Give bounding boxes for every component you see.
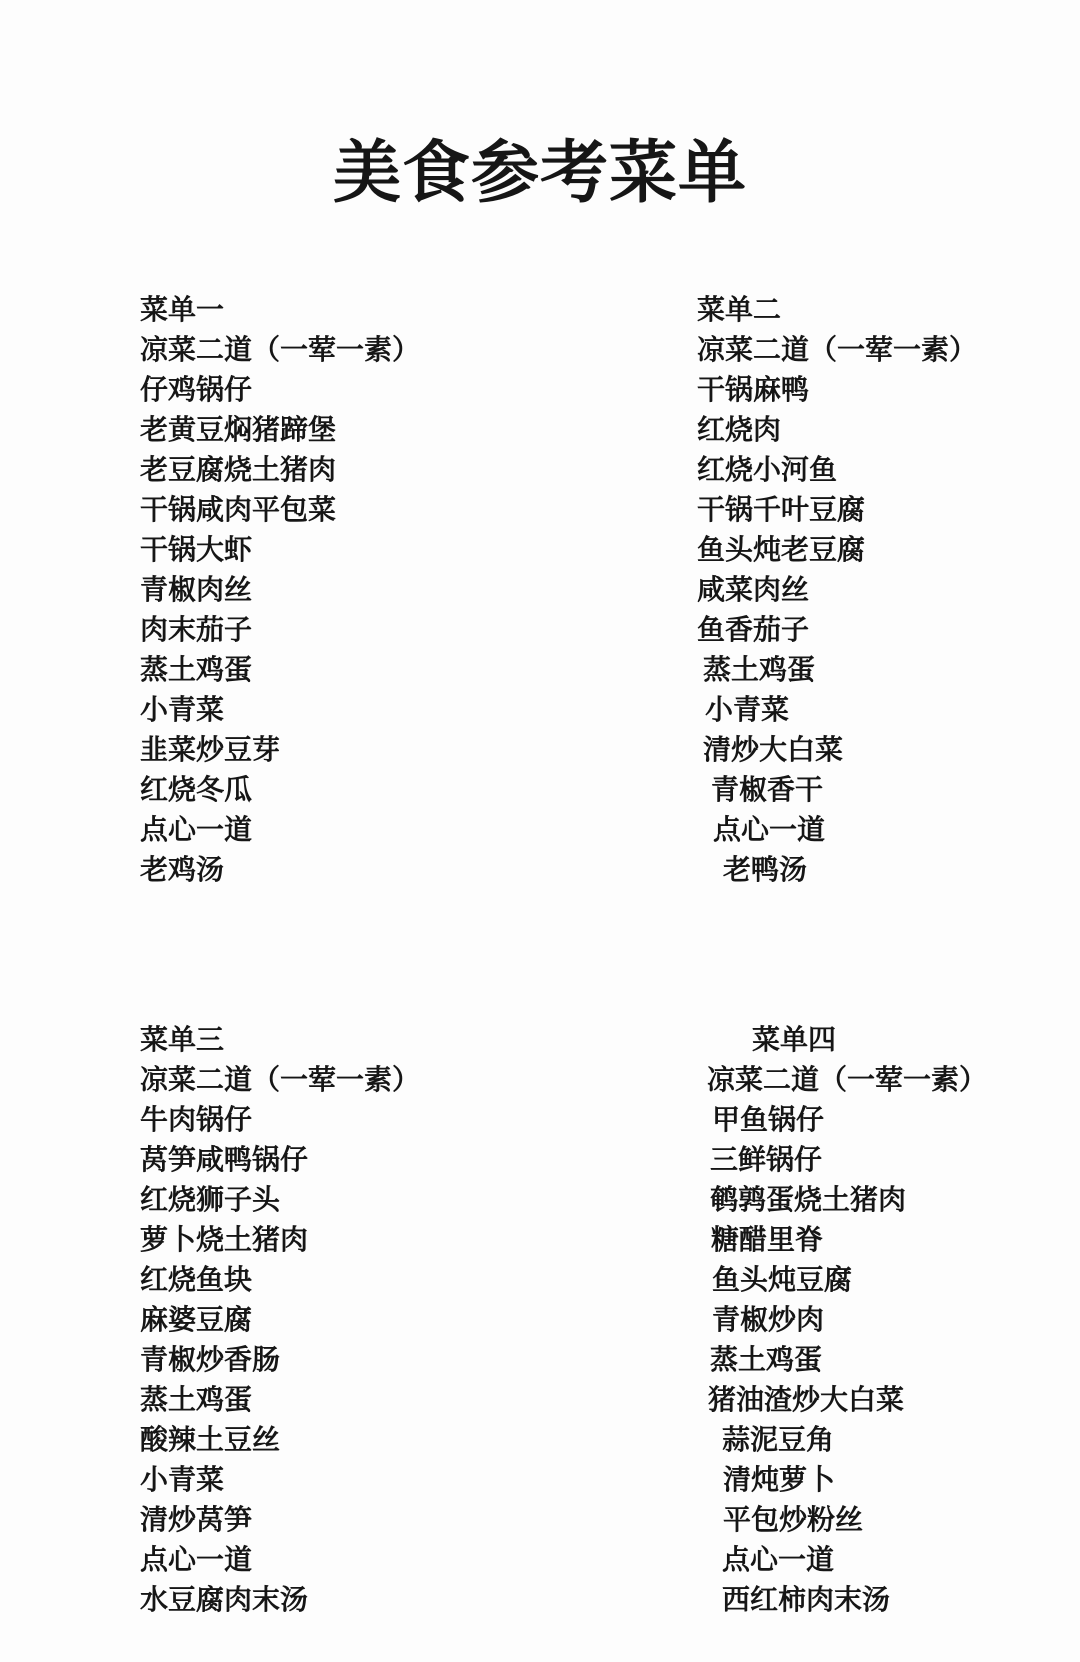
menu-item: 干锅大虾	[140, 530, 420, 570]
menu-title: 菜单二	[697, 290, 977, 330]
menu-item: 猪油渣炒大白菜	[707, 1380, 987, 1420]
menu-item: 甲鱼锅仔	[707, 1100, 987, 1140]
menu-section-3: 菜单三 凉菜二道（一荤一素）牛肉锅仔莴笋咸鸭锅仔红烧狮子头萝卜烧土猪肉红烧鱼块麻…	[140, 1020, 420, 1620]
menu-item: 凉菜二道（一荤一素）	[140, 330, 420, 370]
menu-items: 凉菜二道（一荤一素）牛肉锅仔莴笋咸鸭锅仔红烧狮子头萝卜烧土猪肉红烧鱼块麻婆豆腐青…	[140, 1060, 420, 1620]
menu-item: 蒸土鸡蛋	[697, 650, 977, 690]
menu-item: 青椒炒香肠	[140, 1340, 420, 1380]
menu-section-4: 菜单四 凉菜二道（一荤一素）甲鱼锅仔三鲜锅仔鹌鹑蛋烧土猪肉糖醋里脊鱼头炖豆腐青椒…	[707, 1020, 987, 1620]
menu-item: 牛肉锅仔	[140, 1100, 420, 1140]
menu-item: 点心一道	[697, 810, 977, 850]
menu-item: 小青菜	[697, 690, 977, 730]
menu-item: 糖醋里脊	[707, 1220, 987, 1260]
menu-title: 菜单四	[707, 1020, 987, 1060]
menu-item: 红烧肉	[697, 410, 977, 450]
menu-item: 青椒炒肉	[707, 1300, 987, 1340]
menu-items: 凉菜二道（一荤一素）甲鱼锅仔三鲜锅仔鹌鹑蛋烧土猪肉糖醋里脊鱼头炖豆腐青椒炒肉蒸土…	[707, 1060, 987, 1620]
menu-item: 凉菜二道（一荤一素）	[697, 330, 977, 370]
menu-title: 菜单三	[140, 1020, 420, 1060]
menu-item: 小青菜	[140, 690, 420, 730]
menu-item: 青椒肉丝	[140, 570, 420, 610]
menu-item: 麻婆豆腐	[140, 1300, 420, 1340]
menu-item: 清炒大白菜	[697, 730, 977, 770]
menu-item: 点心一道	[140, 810, 420, 850]
menu-item: 蒸土鸡蛋	[140, 1380, 420, 1420]
menu-items: 凉菜二道（一荤一素）干锅麻鸭红烧肉红烧小河鱼干锅千叶豆腐鱼头炖老豆腐咸菜肉丝鱼香…	[697, 330, 977, 890]
menu-item: 干锅麻鸭	[697, 370, 977, 410]
menu-item: 老豆腐烧土猪肉	[140, 450, 420, 490]
menu-item: 干锅咸肉平包菜	[140, 490, 420, 530]
menu-item: 蒸土鸡蛋	[707, 1340, 987, 1380]
menu-item: 咸菜肉丝	[697, 570, 977, 610]
menu-item: 鱼头炖老豆腐	[697, 530, 977, 570]
menu-item: 仔鸡锅仔	[140, 370, 420, 410]
menu-section-1: 菜单一 凉菜二道（一荤一素）仔鸡锅仔老黄豆焖猪蹄堡老豆腐烧土猪肉干锅咸肉平包菜干…	[140, 290, 420, 890]
menu-items: 凉菜二道（一荤一素）仔鸡锅仔老黄豆焖猪蹄堡老豆腐烧土猪肉干锅咸肉平包菜干锅大虾青…	[140, 330, 420, 890]
menu-item: 青椒香干	[697, 770, 977, 810]
menu-item: 小青菜	[140, 1460, 420, 1500]
menu-item: 平包炒粉丝	[707, 1500, 987, 1540]
menu-item: 韭菜炒豆芽	[140, 730, 420, 770]
menu-item: 老鸡汤	[140, 850, 420, 890]
menu-item: 莴笋咸鸭锅仔	[140, 1140, 420, 1180]
menu-item: 西红柿肉末汤	[707, 1580, 987, 1620]
menu-item: 鹌鹑蛋烧土猪肉	[707, 1180, 987, 1220]
menu-item: 酸辣土豆丝	[140, 1420, 420, 1460]
menu-item: 点心一道	[707, 1540, 987, 1580]
menu-item: 蒸土鸡蛋	[140, 650, 420, 690]
menu-item: 红烧狮子头	[140, 1180, 420, 1220]
menu-item: 水豆腐肉末汤	[140, 1580, 420, 1620]
menu-item: 清炖萝卜	[707, 1460, 987, 1500]
page-title: 美食参考菜单	[0, 136, 1080, 211]
menu-section-2: 菜单二 凉菜二道（一荤一素）干锅麻鸭红烧肉红烧小河鱼干锅千叶豆腐鱼头炖老豆腐咸菜…	[697, 290, 977, 890]
menu-item: 老黄豆焖猪蹄堡	[140, 410, 420, 450]
menu-item: 鱼香茄子	[697, 610, 977, 650]
menu-item: 萝卜烧土猪肉	[140, 1220, 420, 1260]
menu-item: 红烧鱼块	[140, 1260, 420, 1300]
menu-item: 清炒莴笋	[140, 1500, 420, 1540]
menu-title: 菜单一	[140, 290, 420, 330]
menu-item: 凉菜二道（一荤一素）	[140, 1060, 420, 1100]
menu-item: 老鸭汤	[697, 850, 977, 890]
menu-item: 凉菜二道（一荤一素）	[707, 1060, 987, 1100]
menu-item: 肉末茄子	[140, 610, 420, 650]
menu-item: 点心一道	[140, 1540, 420, 1580]
menu-item: 三鲜锅仔	[707, 1140, 987, 1180]
menu-item: 干锅千叶豆腐	[697, 490, 977, 530]
menu-item: 红烧小河鱼	[697, 450, 977, 490]
menu-item: 蒜泥豆角	[707, 1420, 987, 1460]
menu-document: 美食参考菜单 菜单一 凉菜二道（一荤一素）仔鸡锅仔老黄豆焖猪蹄堡老豆腐烧土猪肉干…	[0, 0, 1080, 1662]
menu-item: 红烧冬瓜	[140, 770, 420, 810]
menu-item: 鱼头炖豆腐	[707, 1260, 987, 1300]
